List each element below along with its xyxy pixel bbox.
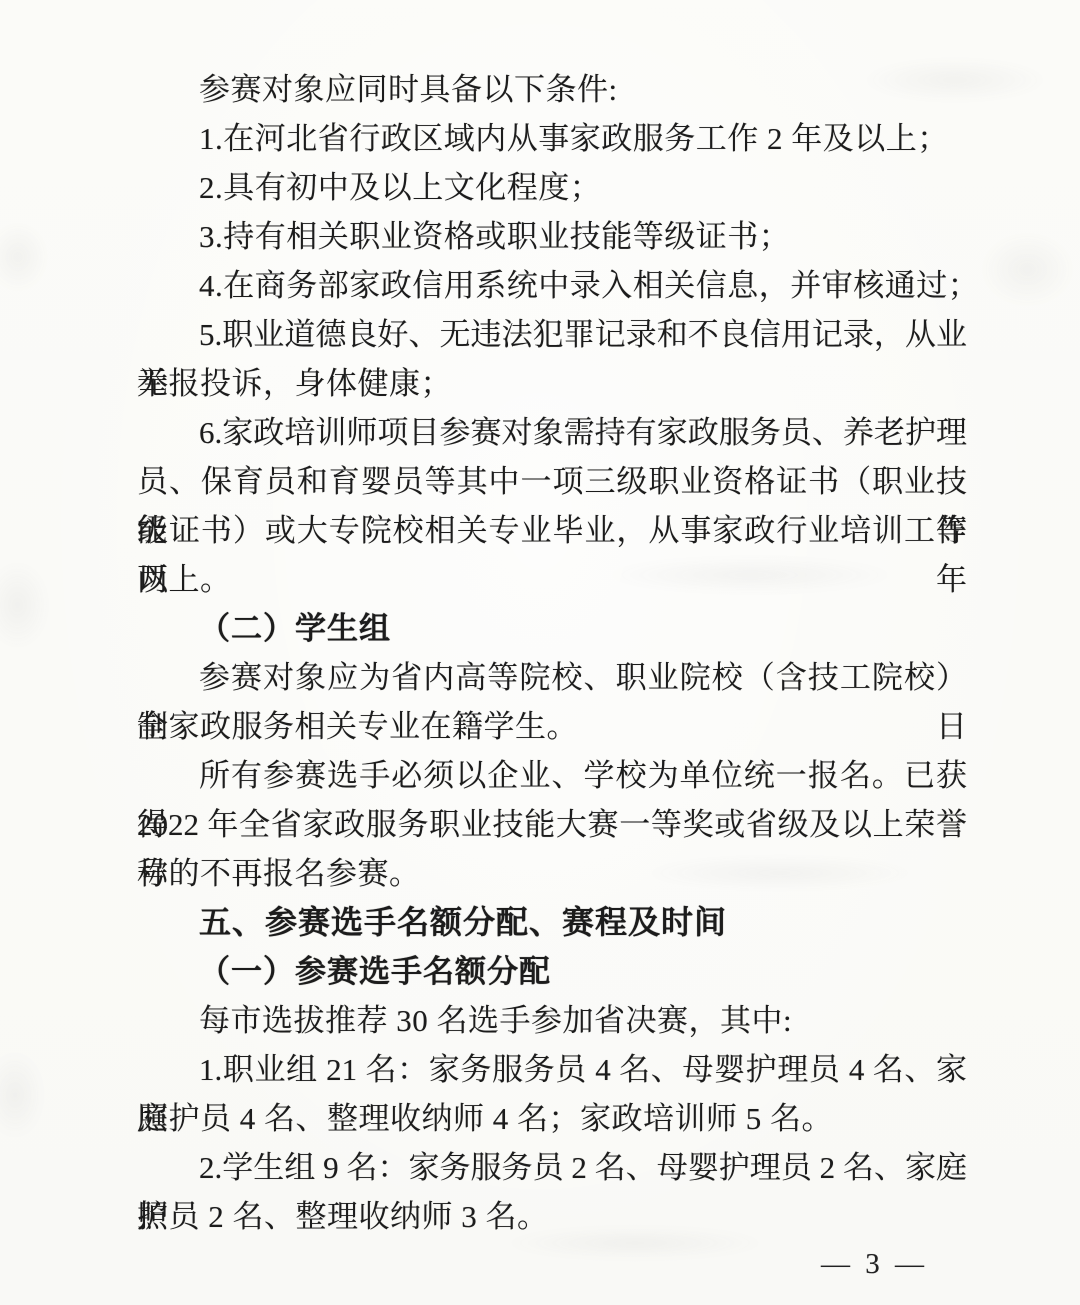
document-body: 参赛对象应同时具备以下条件: 1.在河北省行政区域内从事家政服务工作 2 年及以…: [137, 65, 967, 1241]
text-line-registration-c: 号的不再报名参赛。: [137, 849, 967, 898]
text-line-student-scope-a: 参赛对象应为省内高等院校、职业院校（含技工院校）全日: [137, 653, 967, 702]
text-line-condition-1: 1.在河北省行政区域内从事家政服务工作 2 年及以上；: [137, 114, 967, 163]
text-line-registration-a: 所有参赛选手必须以企业、学校为单位统一报名。已获得: [137, 751, 967, 800]
text-line-quota-intro: 每市选拔推荐 30 名选手参加省决赛，其中:: [137, 996, 967, 1045]
scanned-document-page: { "page": { "background": "#fbfbf9", "te…: [0, 0, 1080, 1305]
page-number: — 3 —: [821, 1248, 928, 1281]
text-line-student-quota-a: 2.学生组 9 名：家务服务员 2 名、母婴护理员 2 名、家庭照: [137, 1143, 967, 1192]
text-line-condition-5a: 5.职业道德良好、无违法犯罪记录和不良信用记录，从业无: [137, 310, 967, 359]
heading-student-group: （二）学生组: [137, 604, 967, 653]
text-line-condition-2: 2.具有初中及以上文化程度；: [137, 163, 967, 212]
text-line-condition-6c: 级证书）或大专院校相关专业毕业，从事家政行业培训工作两年: [137, 506, 967, 555]
text-line-pro-group-a: 1.职业组 21 名：家务服务员 4 名、母婴护理员 4 名、家庭: [137, 1045, 967, 1094]
text-line-condition-6b: 员、保育员和育婴员等其中一项三级职业资格证书（职业技能等: [137, 457, 967, 506]
text-line-condition-3: 3.持有相关职业资格或职业技能等级证书；: [137, 212, 967, 261]
text-line-pro-group-b: 照护员 4 名、整理收纳师 4 名；家政培训师 5 名。: [137, 1094, 967, 1143]
heading-quota-allocation: （一）参赛选手名额分配: [137, 947, 967, 996]
text-line-condition-5b: 举报投诉，身体健康；: [137, 359, 967, 408]
text-line-student-quota-b: 护员 2 名、整理收纳师 3 名。: [137, 1192, 967, 1241]
text-line-condition-4: 4.在商务部家政信用系统中录入相关信息，并审核通过；: [137, 261, 967, 310]
text-line-condition-6a: 6.家政培训师项目参赛对象需持有家政服务员、养老护理: [137, 408, 967, 457]
text-line-registration-b: 2022 年全省家政服务职业技能大赛一等奖或省级及以上荣誉称: [137, 800, 967, 849]
text-line-conditions-intro: 参赛对象应同时具备以下条件:: [137, 65, 967, 114]
heading-section-five: 五、参赛选手名额分配、赛程及时间: [137, 898, 967, 947]
